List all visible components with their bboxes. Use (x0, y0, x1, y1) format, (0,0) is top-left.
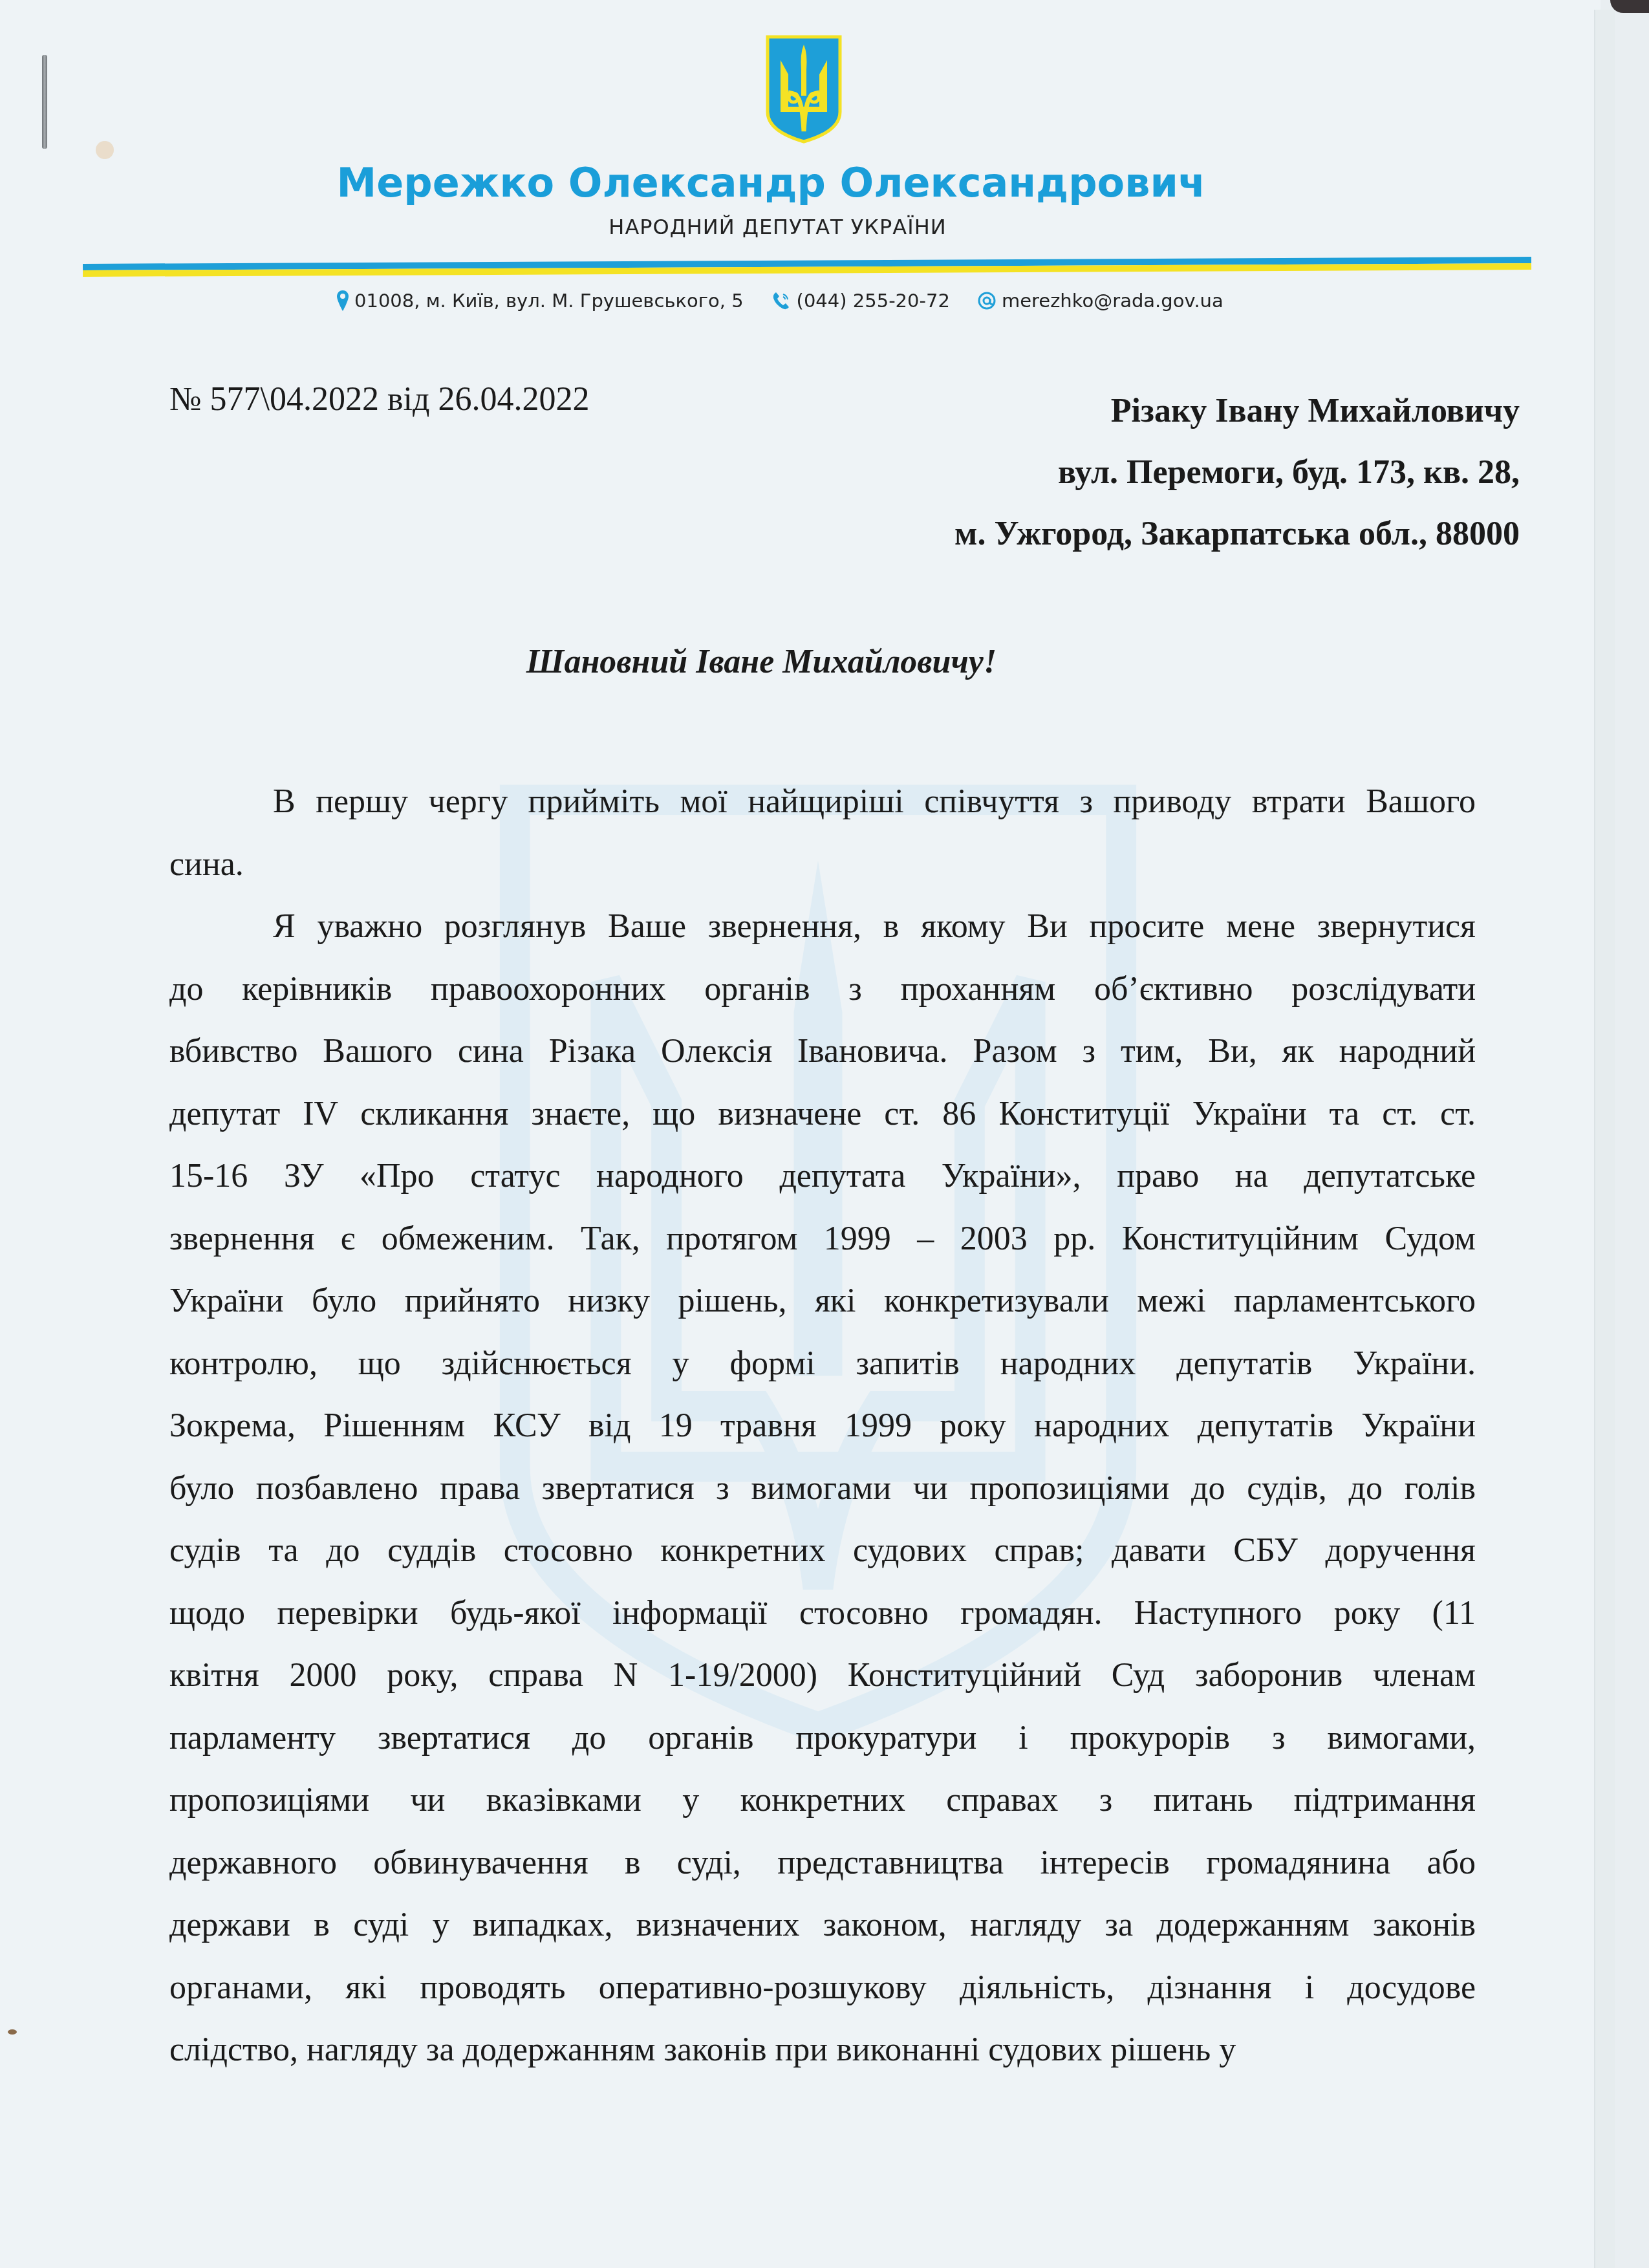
location-pin-icon (336, 290, 349, 312)
addressee-name: Різаку Івану Михайловичу (954, 380, 1520, 442)
contact-email[interactable]: merezhko@rada.gov.ua (977, 290, 1223, 312)
deputy-name-text: Мережко Олександр Олександрович (337, 159, 1206, 206)
letter-body: В першу чергу прийміть мої найщиріші спі… (169, 771, 1476, 2082)
staple (42, 55, 47, 149)
contact-phone-text: (044) 255-20-72 (797, 290, 950, 312)
addressee-city: м. Ужгород, Закарпатська обл., 88000 (954, 503, 1520, 565)
paper-speck (8, 2029, 17, 2035)
deputy-title: НАРОДНИЙ ДЕПУТАТ УКРАЇНИ (0, 215, 1600, 239)
addressee-street: вул. Перемоги, буд. 173, кв. 28, (954, 442, 1520, 503)
page-edge (1594, 10, 1615, 2268)
coat-of-arms-icon (765, 34, 843, 144)
contact-email-link[interactable]: merezhko@rada.gov.ua (1002, 290, 1223, 312)
salutation-text: Шановний Іване Михайловичу! (526, 643, 997, 681)
body-line: державного обвинувачення в суді, предста… (169, 1832, 1476, 1895)
body-line: звернення є обмеженим. Так, протягом 199… (169, 1208, 1476, 1271)
paragraph-main: Я уважно розглянув Ваше звернення, в яко… (169, 896, 1476, 2082)
deputy-title-text: НАРОДНИЙ ДЕПУТАТ УКРАЇНИ (609, 215, 946, 239)
body-line: 15-16 ЗУ «Про статус народного депутата … (169, 1145, 1476, 1208)
contact-address: 01008, м. Київ, вул. М. Грушевського, 5 (336, 290, 744, 312)
body-line: держави в суді у випадках, визначених за… (169, 1894, 1476, 1957)
addressee-block: Різаку Івану Михайловичу вул. Перемоги, … (954, 380, 1520, 565)
body-line: вбивство Вашого сина Різака Олексія Іван… (169, 1021, 1476, 1083)
body-line: сина. (169, 834, 1476, 896)
body-line: було позбавлено права звертатися з вимог… (169, 1458, 1476, 1520)
phone-icon (771, 290, 792, 311)
body-line: Зокрема, Рішенням КСУ від 19 травня 1999… (169, 1395, 1476, 1458)
body-line: щодо перевірки будь-якої інформації стос… (169, 1582, 1476, 1645)
body-line: України було прийнято низку рішень, які … (169, 1270, 1476, 1333)
body-line: слідство, нагляду за додержанням законів… (169, 2019, 1476, 2082)
body-line: квітня 2000 року, справа N 1-19/2000) Ко… (169, 1645, 1476, 1707)
body-line: В першу чергу прийміть мої найщиріші спі… (169, 771, 1476, 834)
deputy-name: Мережко Олександр Олександрович (0, 159, 1600, 206)
contact-address-text: 01008, м. Київ, вул. М. Грушевського, 5 (354, 290, 744, 312)
paper-stain (96, 141, 114, 159)
body-line: судів та до суддів стосовно конкретних с… (169, 1520, 1476, 1582)
body-line: парламенту звертатися до органів прокура… (169, 1707, 1476, 1770)
salutation: Шановний Іване Михайловичу! (0, 643, 1600, 681)
body-line: пропозиціями чи вказівками у конкретних … (169, 1769, 1476, 1832)
document-reference: № 577\04.2022 від 26.04.2022 (169, 380, 590, 418)
contacts-bar: 01008, м. Київ, вул. М. Грушевського, 5 … (336, 290, 1251, 312)
body-line: до керівників правоохоронних органів з п… (169, 958, 1476, 1021)
paragraph-condolences: В першу чергу прийміть мої найщиріші спі… (169, 771, 1476, 896)
at-sign-icon (977, 291, 997, 310)
contact-phone: (044) 255-20-72 (771, 290, 950, 312)
body-line: контролю, що здійснюється у формі запиті… (169, 1333, 1476, 1396)
body-line: Я уважно розглянув Ваше звернення, в яко… (169, 896, 1476, 958)
body-line: депутат IV скликання знаєте, що визначен… (169, 1083, 1476, 1146)
scanner-shadow (1610, 0, 1649, 13)
body-line: органами, які проводять оперативно-розшу… (169, 1957, 1476, 2020)
